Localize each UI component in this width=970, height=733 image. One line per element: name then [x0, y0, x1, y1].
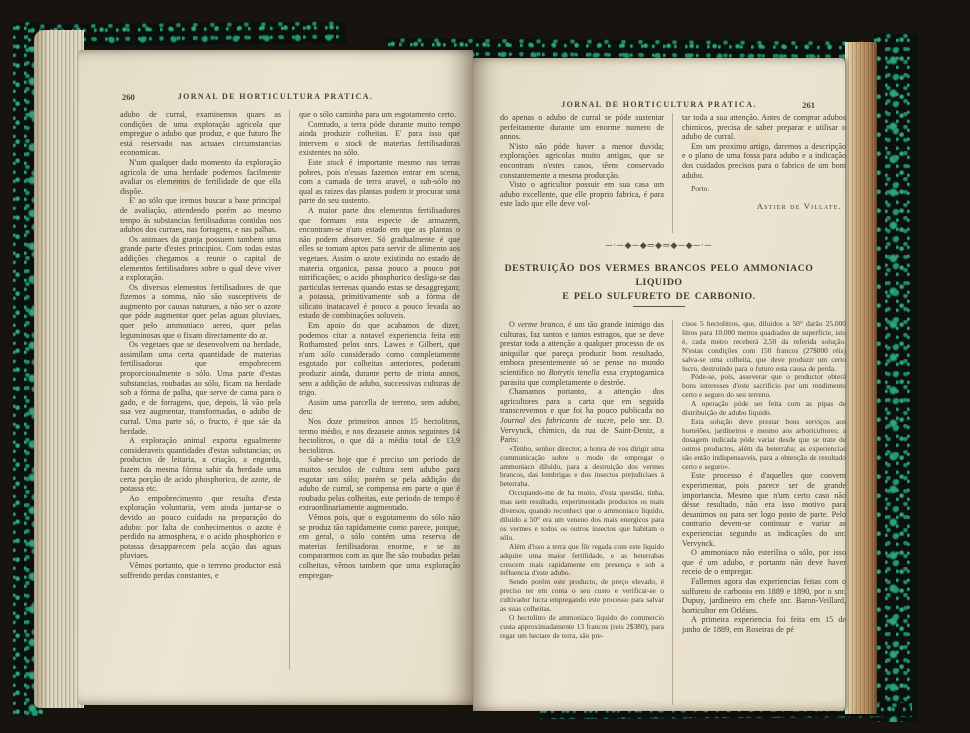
paragraph: Assim uma parcella de terreno, sem adubo… — [299, 398, 460, 417]
paragraph: O hectolitro de ammoniaco liquido do com… — [500, 614, 664, 641]
paragraph: Em apoio do que acabamos de dizer, podem… — [299, 321, 460, 398]
paragraph: adubo de curral, examinemos quaes as con… — [120, 110, 281, 158]
paragraph: Occupando-me de ha muito, d'esta questão… — [500, 489, 664, 542]
text-column-1: adubo de curral, examinemos quaes as con… — [120, 110, 281, 670]
article-title-line2: E PELO SULFURETO DE CARBONIO. — [483, 290, 835, 304]
paragraph: Este stock é importante mesmo nas terras… — [299, 158, 460, 206]
paragraph: A exploração animal exporta egualmente c… — [120, 436, 281, 494]
paragraph: Visto o agricultor possuir em sua casa u… — [500, 180, 664, 209]
paragraph: Chamamos portanto, a attenção dos agricu… — [500, 387, 664, 445]
paragraph: Os animaes da granja possuem tambem uma … — [120, 235, 281, 283]
paragraph: do apenas o adubo de curral se póde sust… — [500, 113, 664, 142]
book-cover-right-edge — [874, 34, 918, 722]
paragraph: Póde-se, pois, asseverar que o productor… — [682, 373, 846, 400]
text-column-1: do apenas o adubo de curral se póde sust… — [500, 113, 664, 233]
paragraph: Esta solução deve prestar bons serviços … — [682, 418, 846, 471]
title-rule — [633, 306, 685, 307]
right-page: JORNAL DE HORTICULTURA PRATICA. 261 do a… — [473, 58, 845, 711]
left-page: 260 JORNAL DE HORTICULTURA PRATICA. adub… — [78, 50, 473, 705]
paragraph: Os diversos elementos fertilisadores de … — [120, 283, 281, 341]
paragraph: Sabe-se hoje que é preciso um periodo de… — [299, 455, 460, 513]
paragraph: Comtudo, a terra póde durante muito temp… — [299, 120, 460, 158]
paragraph: tar toda a sua attenção. Antes de compra… — [682, 113, 846, 142]
paragraph: Vêmos portanto, que o terreno productor … — [120, 561, 281, 580]
paragraph: Fallemos agora das experiencias feitas c… — [682, 577, 846, 615]
article2-columns: O verme branco, é um tão grande inimigo … — [500, 320, 846, 705]
page-block-fore-edge-left — [34, 30, 84, 708]
article1-columns: do apenas o adubo de curral se póde sust… — [500, 113, 846, 233]
text-column-2: que o sólo caminha para um esgotamento c… — [289, 110, 460, 670]
signature: Astier de Villate. — [682, 201, 846, 211]
paragraph: Este processo é d'aquelles que convem ex… — [682, 471, 846, 548]
paragraph: A primeira experiencia foi feita em 15 d… — [682, 615, 846, 634]
page-number-right: 261 — [802, 100, 815, 110]
paragraph: N'isto não póde haver a menor duvida; ex… — [500, 142, 664, 180]
paragraph: O verme branco, é um tão grande inimigo … — [500, 320, 664, 387]
paragraph: Nos doze primeiros annos 15 hectolitros,… — [299, 417, 460, 455]
article-title-line1: DESTRUIÇÃO DOS VERMES BRANCOS PELO AMMON… — [483, 262, 835, 290]
paragraph: «Tenho, senhor director, a honra de vos … — [500, 445, 664, 490]
ornament-divider: ─·─◆─◆═◆═◆─◆─·─ — [473, 240, 845, 251]
paragraph: que o sólo caminha para um esgotamento c… — [299, 110, 460, 120]
page-block-edge-right — [845, 42, 877, 714]
paragraph: Sendo porém este producto, de preço elev… — [500, 578, 664, 614]
paragraph: Além d'isso a terra que fôr regada com e… — [500, 543, 664, 579]
running-header-left: JORNAL DE HORTICULTURA PRATICA. — [78, 92, 473, 104]
paragraph: N'um qualquer dado momento da exploração… — [120, 158, 281, 196]
paragraph: A maior parte dos elementos fertilisador… — [299, 206, 460, 321]
paragraph: Vêmos pois, que o esgotamento do sólo nã… — [299, 513, 460, 580]
paragraph: E' ao sólo que iremos buscar a base prin… — [120, 196, 281, 234]
text-column-2: tar toda a sua attenção. Antes de compra… — [672, 113, 846, 233]
text-column-1: O verme branco, é um tão grande inimigo … — [500, 320, 664, 705]
article-title: DESTRUIÇÃO DOS VERMES BRANCOS PELO AMMON… — [483, 262, 835, 304]
paragraph: Ao empobrecimento que resulta d'esta exp… — [120, 494, 281, 561]
paragraph: cisos 5 hectolitros, que, diluidos a 50°… — [682, 320, 846, 373]
left-page-columns: adubo de curral, examinemos quaes as con… — [120, 110, 460, 670]
running-header-right: JORNAL DE HORTICULTURA PRATICA. — [473, 100, 845, 112]
paragraph: A operação póde ser feita com as pipas d… — [682, 400, 846, 418]
article1-col2-paragraphs: tar toda a sua attenção. Antes de compra… — [682, 113, 846, 180]
paragraph: Os vegetaes que se desenvolvem na herdad… — [120, 340, 281, 436]
text-column-2: cisos 5 hectolitros, que, diluidos a 50°… — [672, 320, 846, 705]
paragraph: Em um proximo artigo, daremos a descripç… — [682, 142, 846, 180]
place-line: Porto. — [682, 184, 846, 193]
paragraph: O ammoniaco não esterilisa o sólo, por i… — [682, 548, 846, 577]
